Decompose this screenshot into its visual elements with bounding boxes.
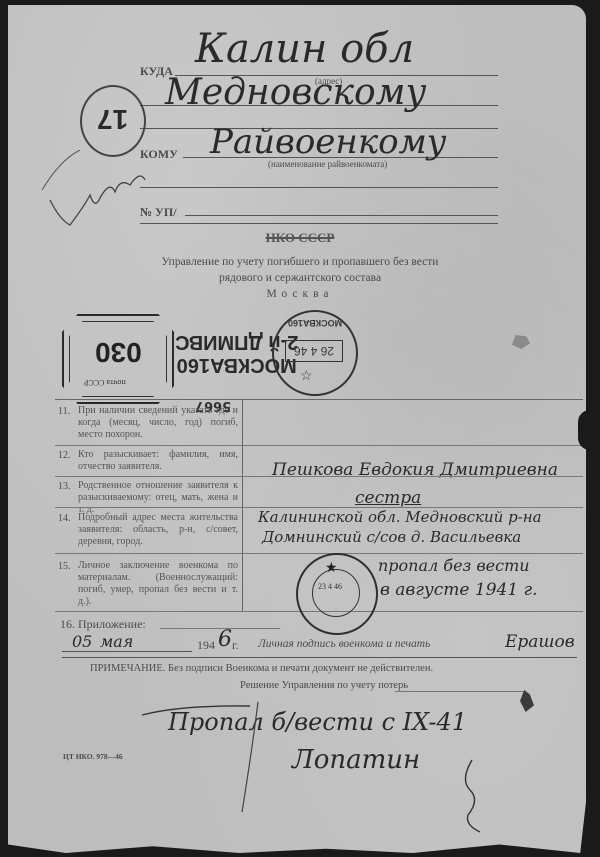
item-14-answer-line1: Калининской обл. Медновский р-на [258,508,542,526]
appendix-label: 16. Приложение: [60,617,146,632]
year-prefix: 194 [197,638,215,653]
date-day: 05 [72,632,92,651]
komu-line-2 [140,187,498,188]
item-15-label: Личное заключение военкома по материалам… [78,560,238,608]
initials-scribble [40,150,150,230]
note-label: ПРИМЕЧАНИЕ. [90,663,165,674]
up-line [185,215,498,216]
up-line-2 [140,223,498,224]
item-14-answer-line2: Домнинский с/сов д. Васильевка [262,528,521,546]
note-text: Без подписи Военкома и печати документ н… [168,663,433,674]
item-13-answer: сестра [355,488,421,508]
military-commissar-signature: Ерашов [505,632,575,652]
year-g: г. [232,638,239,653]
postage-stamp: 030 почта СССР [62,314,174,404]
row-divider-12 [55,476,583,477]
item-15-num: 15. [58,561,71,572]
city-name: Москва [0,288,600,300]
postage-value: 030 [95,337,142,368]
item-13-num: 13. [58,481,71,492]
corner-stamp-number: 17 [97,103,128,135]
item-14-label: Подробный адрес места жительства заявите… [78,512,238,548]
item-12-num: 12. [58,450,71,461]
year-suffix: 6 [218,627,232,652]
decision-line [395,691,525,692]
stamp-date: 23 4 46 [318,582,342,591]
round-postmark-date: 26 4 46 [285,340,343,362]
round-postmark-city: МОСКВА160 [288,318,342,328]
stamp-star-icon: ★ [325,560,338,577]
note: ПРИМЕЧАНИЕ. Без подписи Военкома и печат… [90,663,433,674]
signature-line [62,657,577,658]
department-name: Управление по учету погибшего и пропавше… [0,256,600,268]
row-divider-11 [55,445,583,446]
row-divider-14 [55,553,583,554]
item-11-label: При наличии сведений указать где и когда… [78,405,238,441]
item-12-answer: Пешкова Евдокия Дмитриевна [272,460,558,480]
table-top-border [55,399,583,400]
postage-text: почта СССР [84,378,126,387]
department-name-line2: рядового и сержантского состава [0,272,600,284]
kuda-value: Калин обл [195,26,414,72]
item-12-label: Кто разыскивает: фамилия, имя, отчество … [78,449,238,473]
signature-strokes [240,700,520,840]
decision-label: Решение Управления по учету потерь [240,680,408,691]
item-11-num: 11. [58,406,70,417]
komu-value: Райвоенкому [210,122,447,162]
item-13-label: Родственное отношение заявителя к разыск… [78,480,238,516]
edge-tear [578,410,600,450]
table-divider [242,399,243,611]
ministry-name: НКО СССР [0,230,600,246]
print-code: ЦТ НКО. 978—46 [63,752,123,761]
item-15-answer-line1: пропал без вести [378,556,530,575]
item-15-answer-line2: в августе 1941 г. [380,580,538,600]
komu-hint: (наименование райвоенкомата) [268,159,387,169]
date-month: мая [100,632,133,651]
address-value: Медновскому [165,72,426,113]
signature-label: Личная подпись военкома и печать [258,638,430,650]
item-14-num: 14. [58,513,71,524]
star-icon: ☆ [300,368,313,385]
date-line [62,651,192,652]
